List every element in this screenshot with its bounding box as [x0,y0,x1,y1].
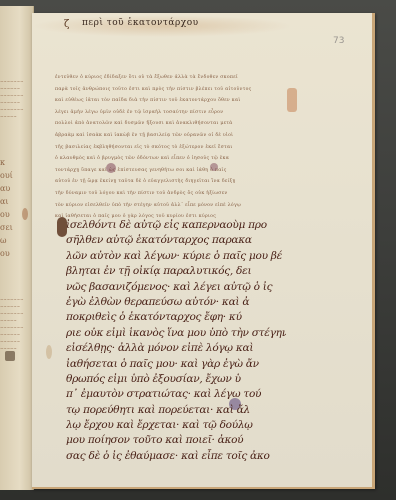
facing-page-scholia-bottom: ~~~~~~~~~~~~~~~~~~~~~~~~~~~~~~~~~~~~~~~~… [0,296,30,376]
main-text-line: ποκριθεὶς ὁ ἑκατόνταρχος ἔφη· κύ [66,310,286,325]
scholia-line: λέγει ἀμὴν λέγω ὑμῖν οὐδὲ ἐν τῷ ἰσραὴλ τ… [55,107,298,119]
scholia-line: ἀβραὰμ καὶ ἰσαὰκ καὶ ἰακὼβ ἐν τῇ βασιλεί… [55,130,298,142]
scholia-line: αὐτοῦ ἐν τῇ ὥρᾳ ἐκείνῃ ταῦτα δὲ ὁ εὐαγγε… [55,176,298,188]
scholia-block: ἐντεῦθεν ὁ κύριος ἐδίδαξεν ὅτι οὐ τὰ ἔξω… [55,72,298,223]
scholia-line: παρὰ τοῖς ἀνθρώποις τοῦτο ἐστι καὶ πρὸς … [55,84,298,96]
main-text-line: νῶς βασανιζόμενος· καὶ λέγει αὐτῷ ὁ ἰς [66,280,286,295]
main-text-line: ἐγὼ ἐλθὼν θεραπεύσω αὐτόν· καὶ ἀ [66,295,286,310]
stain [46,345,52,359]
main-text-line: π᾽ ἐμαυτὸν στρατιώτας· καὶ λέγω τού [66,387,286,402]
main-text-line: τῳ πορεύθητι καὶ πορεύεται· καὶ ἄλ [66,403,286,418]
facing-verso-page: ~~~~~~~~~~~~~~~~~~~~~~~~~~~~~~~~~~~~~~ κ… [0,6,34,490]
quire-mark: ζ [64,19,69,30]
folio-number: 73 [333,36,344,46]
scholia-line: ὁ κλαυθμὸς καὶ ὁ βρυγμὸς τῶν ὀδόντων καὶ… [55,153,298,165]
scholia-line: τοντάρχῃ ὕπαγε καὶ ὡς ἐπίστευσας γενηθήτ… [55,165,298,177]
ink-blot [106,163,116,173]
scholia-line: τῆς βασιλείας ἐκβληθήσονται εἰς τὸ σκότο… [55,142,298,154]
main-text-line: λῶν αὐτὸν καὶ λέγων· κύριε ὁ παῖς μου βέ [66,249,286,264]
main-text-line: θρωπός εἰμι ὑπὸ ἐξουσίαν, ἔχων ὑ [66,372,286,387]
facing-page-scholia-top: ~~~~~~~~~~~~~~~~~~~~~~~~~~~~~~~~~~~~~~ [0,78,30,122]
scholia-line: καὶ εὐθέως ἰᾶται τὸν παῖδα διὰ τὴν πίστι… [55,95,298,107]
main-text-line: σῆλθεν αὐτῷ ἑκατόνταρχος παρακα [66,233,286,248]
scholia-line: πολλοὶ ἀπὸ ἀνατολῶν καὶ δυσμῶν ἥξουσι κα… [55,118,298,130]
margin-note-stain [287,88,297,112]
scholia-line: τὸν κύριον εἰσελθεῖν ὑπὸ τὴν στέγην αὐτο… [55,200,298,212]
main-text-line: μου ποίησον τοῦτο καὶ ποιεῖ· ἀκού [66,433,286,448]
stain [5,351,15,361]
main-text-line: ἰσελθόντι δὲ αὐτῷ εἰς καπερναοὺμ προ [66,218,286,233]
main-text-line: βληται ἐν τῇ οἰκίᾳ παραλυτικός, δει [66,264,286,279]
main-text-line: ριε οὐκ εἰμὶ ἱκανὸς ἵνα μου ὑπὸ τὴν στέγ… [66,326,286,341]
main-text-block: ἰσελθόντι δὲ αὐτῷ εἰς καπερναοὺμ προ σῆλ… [66,218,286,464]
main-text-line: λῳ ἔρχου καὶ ἔρχεται· καὶ τῷ δούλῳ [66,418,286,433]
stain [22,208,28,220]
running-title: περὶ τοῦ ἑκατοντάρχου [82,18,199,28]
main-text-line: ἰαθήσεται ὁ παῖς μου· καὶ γὰρ ἐγὼ ἄν [66,357,286,372]
main-text-line: σας δὲ ὁ ἰς ἐθαύμασε· καὶ εἶπε τοῖς ἀκο [66,449,286,464]
scholia-line: ἐντεῦθεν ὁ κύριος ἐδίδαξεν ὅτι οὐ τὰ ἔξω… [55,72,298,84]
ink-blot [210,163,218,171]
facing-page-main-text: κ ουί αυ αι ου σει ω ου [0,156,30,286]
main-text-line: εἰσέλθῃς· ἀλλὰ μόνον εἰπὲ λόγῳ καὶ [66,341,286,356]
scholia-line: τὴν δύναμιν τοῦ λόγου καὶ τὴν πίστιν τοῦ… [55,188,298,200]
